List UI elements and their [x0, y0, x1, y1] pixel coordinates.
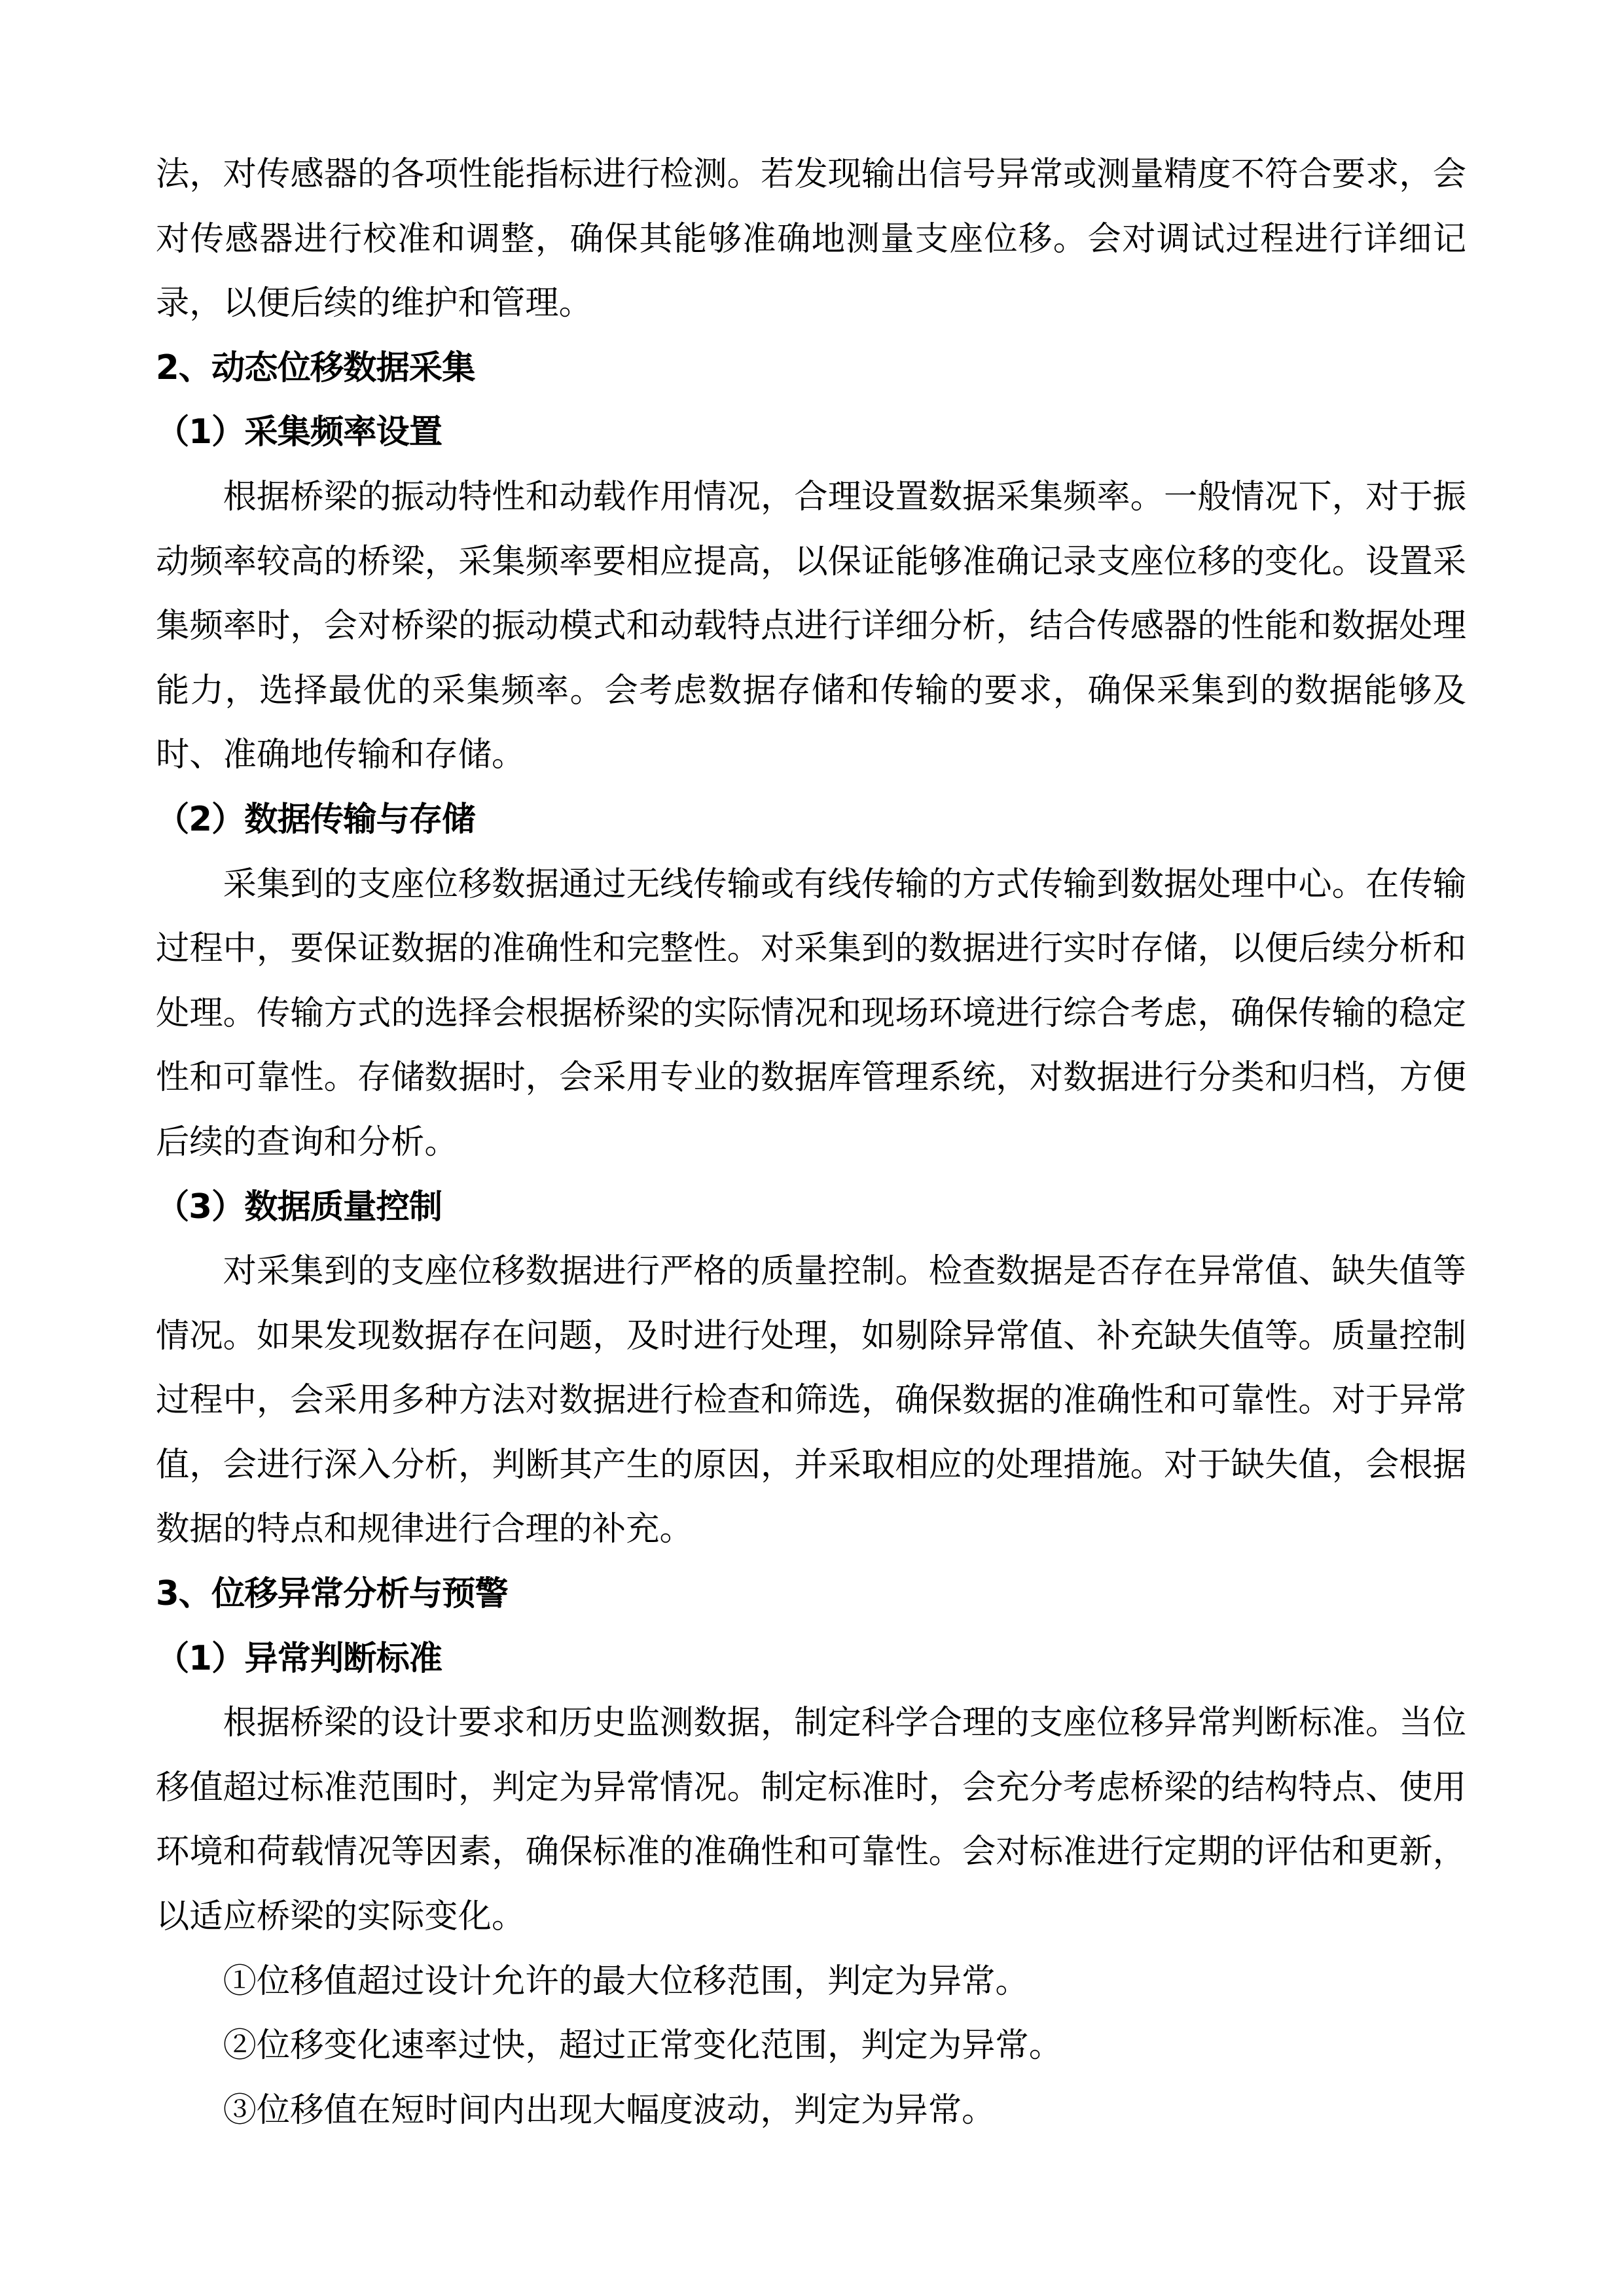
document-page: 法，对传感器的各项性能指标进行检测。若发现输出信号异常或测量精度不符合要求，会对…	[156, 142, 1466, 2142]
paragraph-collection-frequency: 根据桥梁的振动特性和动载作用情况，合理设置数据采集频率。一般情况下，对于振动频率…	[156, 465, 1466, 787]
subheading-collection-frequency: （1）采集频率设置	[156, 400, 1466, 465]
paragraph-anomaly-criteria: 根据桥梁的设计要求和历史监测数据，制定科学合理的支座位移异常判断标准。当位移值超…	[156, 1691, 1466, 1948]
paragraph-continuation: 法，对传感器的各项性能指标进行检测。若发现输出信号异常或测量精度不符合要求，会对…	[156, 142, 1466, 336]
list-item-3: ③位移值在短时间内出现大幅度波动，判定为异常。	[156, 2078, 1466, 2143]
section-heading-2: 2、动态位移数据采集	[156, 336, 1466, 401]
paragraph-quality-control: 对采集到的支座位移数据进行严格的质量控制。检查数据是否存在异常值、缺失值等情况。…	[156, 1239, 1466, 1562]
subheading-anomaly-criteria: （1）异常判断标准	[156, 1626, 1466, 1691]
subheading-transmission-storage: （2）数据传输与存储	[156, 787, 1466, 852]
section-heading-3: 3、位移异常分析与预警	[156, 1562, 1466, 1626]
subheading-quality-control: （3）数据质量控制	[156, 1175, 1466, 1240]
paragraph-transmission-storage: 采集到的支座位移数据通过无线传输或有线传输的方式传输到数据处理中心。在传输过程中…	[156, 852, 1466, 1175]
list-item-2: ②位移变化速率过快，超过正常变化范围，判定为异常。	[156, 2013, 1466, 2078]
list-item-1: ①位移值超过设计允许的最大位移范围，判定为异常。	[156, 1949, 1466, 2014]
